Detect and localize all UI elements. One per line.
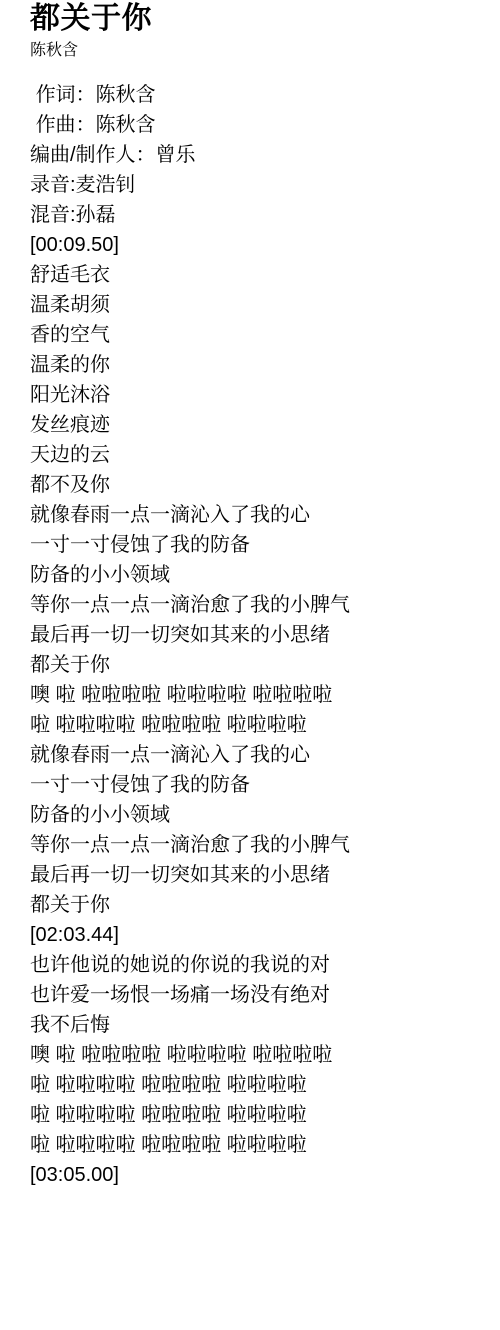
lyric-line: 编曲/制作人：曾乐 xyxy=(30,140,480,170)
lyric-line: 啦 啦啦啦啦 啦啦啦啦 啦啦啦啦 xyxy=(30,1100,480,1130)
lyric-line: 天边的云 xyxy=(30,440,480,470)
lyric-line: 一寸一寸侵蚀了我的防备 xyxy=(30,770,480,800)
lyric-line: 也许爱一场恨一场痛一场没有绝对 xyxy=(30,980,480,1010)
lyric-line: 都关于你 xyxy=(30,890,480,920)
lyric-line: 就像春雨一点一滴沁入了我的心 xyxy=(30,500,480,530)
lyrics-block: 作词：陈秋含 作曲：陈秋含编曲/制作人：曾乐录音:麦浩钊混音:孙磊[00:09.… xyxy=(30,80,480,1190)
lyric-line: 啦 啦啦啦啦 啦啦啦啦 啦啦啦啦 xyxy=(30,1130,480,1160)
lyric-line: [00:09.50] xyxy=(30,230,480,260)
lyric-line: 啦 啦啦啦啦 啦啦啦啦 啦啦啦啦 xyxy=(30,710,480,740)
lyric-line: 温柔胡须 xyxy=(30,290,480,320)
lyric-line: 最后再一切一切突如其来的小思绪 xyxy=(30,860,480,890)
lyric-line: 一寸一寸侵蚀了我的防备 xyxy=(30,530,480,560)
lyric-line: 录音:麦浩钊 xyxy=(30,170,480,200)
lyric-line: 温柔的你 xyxy=(30,350,480,380)
lyric-line: 我不后悔 xyxy=(30,1010,480,1040)
lyric-line: 噢 啦 啦啦啦啦 啦啦啦啦 啦啦啦啦 xyxy=(30,680,480,710)
lyric-line: 就像春雨一点一滴沁入了我的心 xyxy=(30,740,480,770)
lyric-line: 作词：陈秋含 xyxy=(30,80,480,110)
lyric-line: 等你一点一点一滴治愈了我的小脾气 xyxy=(30,590,480,620)
lyric-line: 啦 啦啦啦啦 啦啦啦啦 啦啦啦啦 xyxy=(30,1070,480,1100)
song-title: 都关于你 xyxy=(30,2,480,36)
lyric-line: [03:05.00] xyxy=(30,1160,480,1190)
lyric-line: 也许他说的她说的你说的我说的对 xyxy=(30,950,480,980)
lyric-line: 最后再一切一切突如其来的小思绪 xyxy=(30,620,480,650)
lyric-line: 都不及你 xyxy=(30,470,480,500)
artist-name: 陈秋含 xyxy=(30,41,480,61)
lyric-line: 防备的小小领域 xyxy=(30,800,480,830)
lyric-line: 发丝痕迹 xyxy=(30,410,480,440)
lyric-line: 阳光沐浴 xyxy=(30,380,480,410)
lyric-line: 噢 啦 啦啦啦啦 啦啦啦啦 啦啦啦啦 xyxy=(30,1040,480,1070)
lyric-line: [02:03.44] xyxy=(30,920,480,950)
lyric-line: 混音:孙磊 xyxy=(30,200,480,230)
lyric-line: 香的空气 xyxy=(30,320,480,350)
lyric-line: 防备的小小领域 xyxy=(30,560,480,590)
lyric-line: 都关于你 xyxy=(30,650,480,680)
lyric-line: 舒适毛衣 xyxy=(30,260,480,290)
lyric-line: 等你一点一点一滴治愈了我的小脾气 xyxy=(30,830,480,860)
lyrics-page: 都关于你 陈秋含 作词：陈秋含 作曲：陈秋含编曲/制作人：曾乐录音:麦浩钊混音:… xyxy=(0,0,500,1190)
lyric-line: 作曲：陈秋含 xyxy=(30,110,480,140)
